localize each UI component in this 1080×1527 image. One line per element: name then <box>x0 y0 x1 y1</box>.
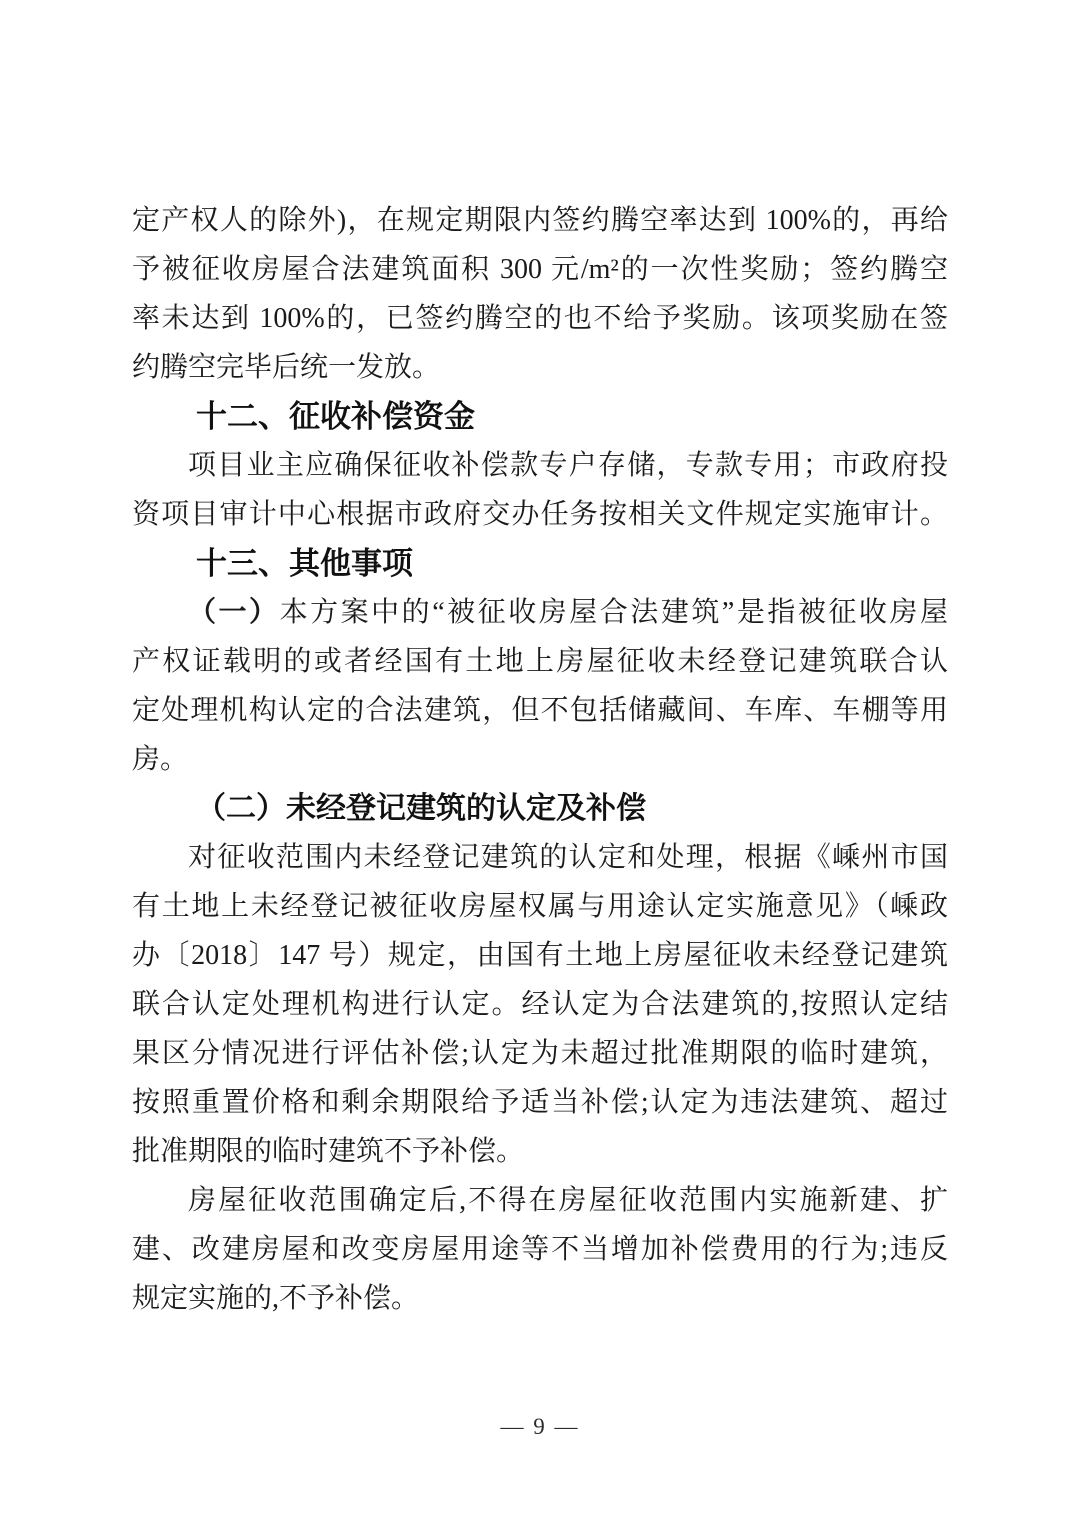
text-line: 批准期限的临时建筑不予补偿。 <box>132 1127 948 1176</box>
text-line: 资项目审计中心根据市政府交办任务按相关文件规定实施审计。 <box>132 490 948 539</box>
heading-section-13: 十三、其他事项 <box>132 539 948 588</box>
text-line: 率未达到 100%的，已签约腾空的也不给予奖励。该项奖励在签 <box>132 294 948 343</box>
text-line: 对征收范围内未经登记建筑的认定和处理，根据《嵊州市国 <box>132 833 948 882</box>
document-body: 定产权人的除外)，在规定期限内签约腾空率达到 100%的，再给予被征收房屋合法建… <box>132 196 948 1323</box>
text-line: 房屋征收范围确定后,不得在房屋征收范围内实施新建、扩 <box>132 1176 948 1225</box>
text-line: 办〔2018〕147 号）规定，由国有土地上房屋征收未经登记建筑 <box>132 931 948 980</box>
text-line: 按照重置价格和剩余期限给予适当补偿;认定为违法建筑、超过 <box>132 1078 948 1127</box>
document-page: 定产权人的除外)，在规定期限内签约腾空率达到 100%的，再给予被征收房屋合法建… <box>0 0 1080 1527</box>
text-line: 建、改建房屋和改变房屋用途等不当增加补偿费用的行为;违反 <box>132 1225 948 1274</box>
text-line: 规定实施的,不予补偿。 <box>132 1274 948 1323</box>
text-line: 定产权人的除外)，在规定期限内签约腾空率达到 100%的，再给 <box>132 196 948 245</box>
paragraph-signing-reward: 定产权人的除外)，在规定期限内签约腾空率达到 100%的，再给予被征收房屋合法建… <box>132 196 948 392</box>
text-line: 定处理机构认定的合法建筑，但不包括储藏间、车库、车棚等用 <box>132 686 948 735</box>
text-line: 予被征收房屋合法建筑面积 300 元/m²的一次性奖励；签约腾空 <box>132 245 948 294</box>
page-number: — 9 — <box>0 1412 1080 1442</box>
paragraph-unregistered-buildings: 对征收范围内未经登记建筑的认定和处理，根据《嵊州市国有土地上未经登记被征收房屋权… <box>132 833 948 1176</box>
text-line: （一）本方案中的“被征收房屋合法建筑”是指被征收房屋 <box>132 588 948 637</box>
text-line: 约腾空完毕后统一发放。 <box>132 343 948 392</box>
paragraph-item-1: （一）本方案中的“被征收房屋合法建筑”是指被征收房屋产权证载明的或者经国有土地上… <box>132 588 948 784</box>
text-line: 产权证载明的或者经国有土地上房屋征收未经登记建筑联合认 <box>132 637 948 686</box>
text-line: 有土地上未经登记被征收房屋权属与用途认定实施意见》（嵊政 <box>132 882 948 931</box>
heading-item-2: （二）未经登记建筑的认定及补偿 <box>132 784 948 833</box>
list-item-marker: （一） <box>188 597 280 628</box>
text-line: 项目业主应确保征收补偿款专户存储，专款专用；市政府投 <box>132 441 948 490</box>
text-line: 果区分情况进行评估补偿;认定为未超过批准期限的临时建筑， <box>132 1029 948 1078</box>
paragraph-scope-restrictions: 房屋征收范围确定后,不得在房屋征收范围内实施新建、扩建、改建房屋和改变房屋用途等… <box>132 1176 948 1323</box>
paragraph-compensation-funds: 项目业主应确保征收补偿款专户存储，专款专用；市政府投资项目审计中心根据市政府交办… <box>132 441 948 539</box>
text-line: 房。 <box>132 735 948 784</box>
text-line: 联合认定处理机构进行认定。经认定为合法建筑的,按照认定结 <box>132 980 948 1029</box>
heading-section-12: 十二、征收补偿资金 <box>132 392 948 441</box>
